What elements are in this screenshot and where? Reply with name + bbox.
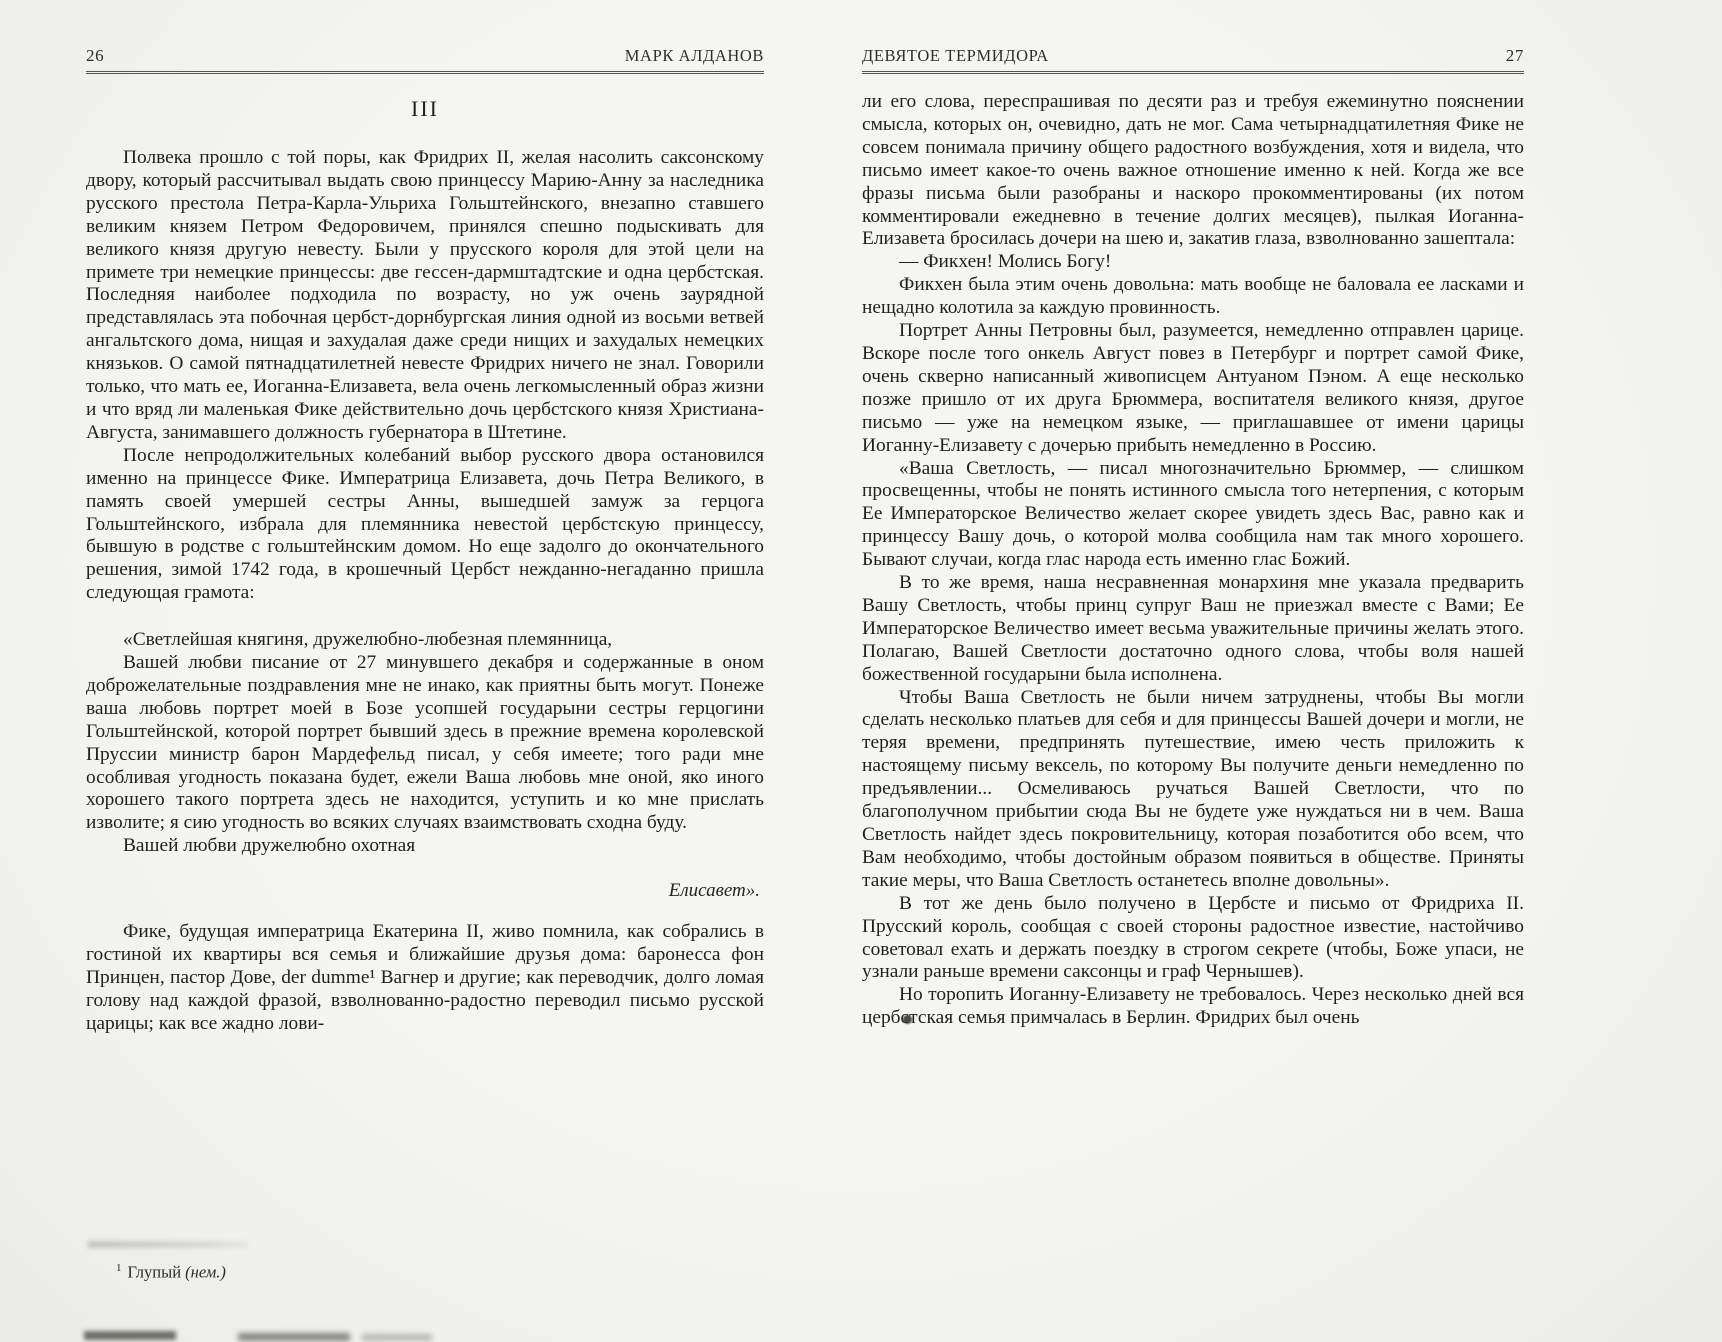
letter-line: Вашей любви писание от 27 минувшего дека…: [86, 652, 764, 835]
page-right: ДЕВЯТОЕ ТЕРМИДОРА 27 ли его слова, перес…: [862, 46, 1524, 1308]
left-running-head: МАРК АЛДАНОВ: [625, 46, 764, 66]
page-left: 26 МАРК АЛДАНОВ III Полвека прошло с той…: [86, 46, 764, 1308]
chapter-heading: III: [86, 96, 764, 122]
paragraph: Фикхен была этим очень довольна: мать во…: [862, 274, 1524, 320]
scan-edge-smudge: [362, 1334, 432, 1341]
left-page-number: 26: [86, 46, 104, 66]
ink-blot: [903, 1015, 912, 1024]
paragraph: Чтобы Ваша Светлость не были ничем затру…: [862, 687, 1524, 893]
footnote: 1Глупый (нем.): [116, 1262, 764, 1283]
footnote-text: Глупый: [128, 1262, 186, 1281]
paragraph: Портрет Анны Петровны был, разумеется, н…: [862, 320, 1524, 457]
footnote-area: 1Глупый (нем.): [86, 1241, 764, 1283]
left-after-letter-paragraphs: Фике, будущая императрица Екатерина II, …: [86, 921, 764, 1036]
paragraph: Фике, будущая императрица Екатерина II, …: [86, 921, 764, 1036]
scan-edge-smudge: [238, 1333, 350, 1341]
paragraph: После непродолжительных колебаний выбор …: [86, 445, 764, 605]
letter-line: Вашей любви дружелюбно охотная: [86, 835, 764, 858]
paragraph: «Ваша Светлость, — писал многозначительн…: [862, 458, 1524, 573]
left-page-header: 26 МАРК АЛДАНОВ: [86, 46, 764, 74]
paragraph: ли его слова, переспрашивая по десяти ра…: [862, 91, 1524, 251]
paragraph: — Фикхен! Молись Богу!: [862, 251, 1524, 274]
book-scan: { "colors": { "page_background": "#f1f1e…: [0, 0, 1722, 1342]
paragraph: Полвека прошло с той поры, как Фридрих I…: [86, 147, 764, 445]
right-page-number: 27: [1506, 46, 1524, 66]
paragraph: Но торопить Иоганну-Елизавету не требова…: [862, 984, 1524, 1030]
paragraph: В тот же день было получено в Цербсте и …: [862, 893, 1524, 985]
letter-line: «Светлейшая княгиня, дружелюбно-любезная…: [86, 629, 764, 652]
right-body-paragraphs: ли его слова, переспрашивая по десяти ра…: [862, 91, 1524, 1030]
left-body-paragraphs: Полвека прошло с той поры, как Фридрих I…: [86, 147, 764, 605]
right-running-head: ДЕВЯТОЕ ТЕРМИДОРА: [862, 46, 1049, 66]
letter-signature: Елисавет».: [86, 879, 760, 902]
right-page-header: ДЕВЯТОЕ ТЕРМИДОРА 27: [862, 46, 1524, 74]
letter-block: «Светлейшая княгиня, дружелюбно-любезная…: [86, 629, 764, 858]
footnote-separator: [88, 1241, 248, 1248]
scan-edge-smudge: [84, 1331, 176, 1340]
paragraph: В то же время, наша несравненная монархи…: [862, 572, 1524, 687]
footnote-marker: 1: [116, 1262, 122, 1274]
footnote-language-note: (нем.): [185, 1262, 226, 1281]
